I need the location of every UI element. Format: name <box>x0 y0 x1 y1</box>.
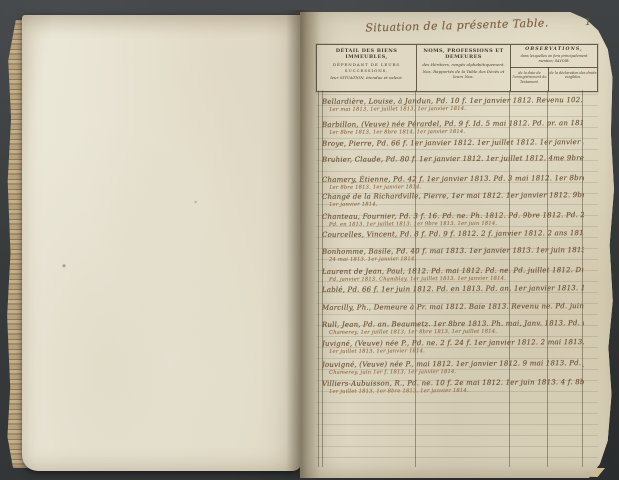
table-row: Chamery, Étienne, Pd. 42 f. 1er janvier … <box>322 174 584 191</box>
handwritten-entry-line2: 1er 8bre 1813, 1er 8bre 1814, 1er janvie… <box>329 128 584 136</box>
handwritten-entry-line2: 1er juillet 1813, 1er janvier 1814. <box>329 347 584 355</box>
table-row: Villiers-Aubuisson, R., Pd. ne. 10 f. 2e… <box>322 378 584 395</box>
handwritten-entry-line2: Pd. janvier 1813. Chamblay. 1er juillet … <box>329 275 584 283</box>
table-row: Courcelles, Vincent, Pd. 8 f. Pd. 9 f. 1… <box>322 229 584 240</box>
table-row: Bonhomme, Basile, Pd. 40 f. mai 1813. 1e… <box>322 246 584 263</box>
handwritten-entry-line1: Broye, Pierre, Pd. 66 f. 1er janvier 181… <box>322 138 584 149</box>
table-row: Bellardière, Louise, à Jandun, Pd. 10 f.… <box>322 96 584 113</box>
table-row: Marcilly, Ph., Demeure à Pr. mai 1812. B… <box>322 302 584 313</box>
handwritten-entry-line1: Changé de la Richardville, Pierre, 1er m… <box>322 191 584 202</box>
page-number: 1 <box>585 17 591 28</box>
handwritten-entry-line2: 24 mai 1813. 1er janvier 1814. <box>329 255 584 263</box>
archival-document-scan: Situation de la présente Table. 1 DÉTAIL… <box>0 0 619 480</box>
handwritten-entry-line1: Bonhomme, Basile, Pd. 40 f. mai 1813. 1e… <box>322 246 584 257</box>
handwritten-entry-line1: Chamery, Étienne, Pd. 42 f. 1er janvier … <box>322 174 584 185</box>
handwritten-entry-line2: 1er janvier 1814. <box>329 200 584 208</box>
handwritten-entry-line1: Marcilly, Ph., Demeure à Pr. mai 1812. B… <box>322 302 584 313</box>
table-row: Rull, Jean, Pd. an. Beaumetz. 1er 8bre 1… <box>322 319 584 336</box>
handwritten-entry-line1: Courcelles, Vincent, Pd. 8 f. Pd. 9 f. 1… <box>322 229 584 240</box>
handwritten-entry-line1: Bruhier, Claude, Pd. 80 f. 1er janvier 1… <box>322 154 584 165</box>
table-row: Barbillon, (Veuve) née Pérardel, Pd. 9 f… <box>322 119 584 136</box>
handwritten-entry-line1: Lablé, Pd. 66 f. 1er juin 1812. Pd. en 1… <box>322 284 584 295</box>
table-row: Bruhier, Claude, Pd. 80 f. 1er janvier 1… <box>322 154 584 165</box>
table-rows: Bellardière, Louise, à Jandun, Pd. 10 f.… <box>0 0 619 480</box>
handwritten-entry-line2: 1er juillet 1813, 1er 8bre 1813, 1er jan… <box>329 387 584 395</box>
table-row: Changé de la Richardville, Pierre, 1er m… <box>322 191 584 208</box>
handwritten-entry-line2: Chamerey, 1er juillet 1813, 1er 8bre 181… <box>329 328 584 336</box>
handwritten-entry-line2: Pd. en 1813. 1er juillet 1813. 1er 9bre … <box>329 220 584 228</box>
handwritten-entry-line1: Juvigné, (Veuve) née P., Pd. ne. 2 f. 24… <box>322 338 584 349</box>
handwritten-entry-line2: 1er 8bre 1813. 1er janvier 1814. <box>329 183 584 191</box>
table-row: Lablé, Pd. 66 f. 1er juin 1812. Pd. en 1… <box>322 284 584 295</box>
table-row: Laurent de Jean, Paul, 1812. Pd. mai 181… <box>322 266 584 283</box>
table-row: Juvigné, (Veuve) née P., Pd. ne. 2 f. 24… <box>322 338 584 355</box>
table-row: Broye, Pierre, Pd. 66 f. 1er janvier 181… <box>322 138 584 149</box>
table-row: Jouvigné, (Veuve) née P., mai 1812. 1er … <box>322 359 584 376</box>
handwritten-entry-line2: Chamerey, juin 1er f. 1813, 1er janvier … <box>329 368 584 376</box>
handwritten-entry-line2: 1er mai 1813, 1er juillet 1813, 1er janv… <box>329 105 584 113</box>
table-row: Chanteau, Fournier, Pd. 3 f. 16. Pd. ne.… <box>322 211 584 228</box>
